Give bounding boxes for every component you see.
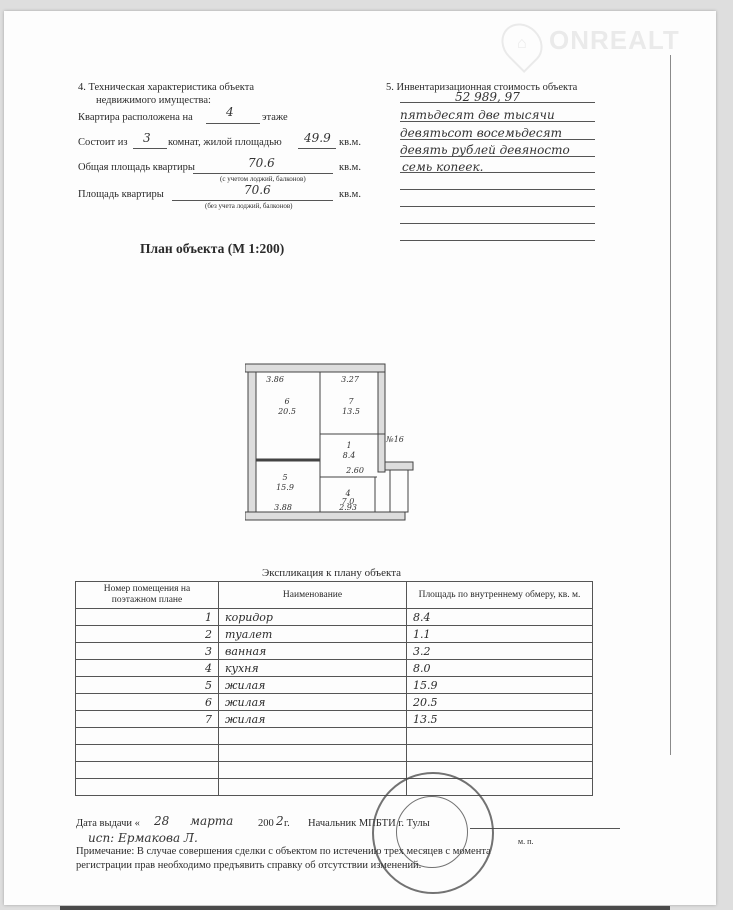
- watermark: ⌂ ONREALT: [503, 22, 680, 66]
- floor-label: Квартира расположена на: [78, 112, 193, 125]
- header-name: Наименование: [219, 582, 407, 609]
- room-area: 15.9: [407, 677, 593, 694]
- room-number: 5: [76, 677, 219, 694]
- room-number: 7: [76, 711, 219, 728]
- section4-heading-2: недвижимого имущества:: [96, 95, 211, 108]
- issue-date-label: Дата выдачи «: [76, 818, 140, 831]
- svg-text:8.4: 8.4: [343, 451, 356, 460]
- watermark-brand: ONREALT: [549, 25, 680, 56]
- seal-mark: м. п.: [518, 837, 533, 847]
- floor-plan: 3.863.27 620.5 713.5 18.4 515.9 47.0 3.8…: [245, 362, 415, 522]
- svg-text:6: 6: [284, 397, 289, 406]
- living-area-value: 49.9: [304, 131, 331, 145]
- table-row-empty: [76, 728, 593, 745]
- room-number: 1: [76, 609, 219, 626]
- header-area: Площадь по внутреннему обмеру, кв. м.: [407, 582, 593, 609]
- room-name: ванная: [219, 643, 407, 660]
- svg-text:3.88: 3.88: [274, 503, 292, 512]
- plan-title: План объекта (М 1:200): [140, 241, 284, 257]
- apartment-area-value: 70.6: [244, 183, 271, 197]
- explication-table: Номер помещения на поэтажном плане Наиме…: [75, 581, 593, 796]
- issue-date-day: 28: [154, 814, 169, 828]
- svg-text:5: 5: [282, 473, 287, 482]
- svg-text:2.60: 2.60: [345, 466, 364, 475]
- table-row: 7жилая13.5: [76, 711, 593, 728]
- room-name: коридор: [219, 609, 407, 626]
- svg-text:15.9: 15.9: [276, 483, 294, 492]
- table-row: 3ванная3.2: [76, 643, 593, 660]
- note-line-2: регистрации прав необходимо предъявить с…: [76, 860, 421, 873]
- table-row-empty: [76, 762, 593, 779]
- room-name: кухня: [219, 660, 407, 677]
- table-row-empty: [76, 779, 593, 796]
- section4-heading-1: 4. Техническая характеристика объекта: [78, 82, 254, 95]
- svg-text:2.93: 2.93: [338, 503, 357, 512]
- room-area: 1.1: [407, 626, 593, 643]
- svg-text:3.27: 3.27: [341, 375, 360, 384]
- table-row: 4кухня8.0: [76, 660, 593, 677]
- apartment-area-label: Площадь квартиры: [78, 189, 164, 202]
- official-seal: [372, 772, 494, 894]
- table-row: 6жилая20.5: [76, 694, 593, 711]
- page-edge: [670, 55, 671, 755]
- issue-year-prefix: 200: [258, 818, 274, 831]
- room-area: 13.5: [407, 711, 593, 728]
- watermark-sub: [549, 56, 680, 63]
- room-area: 8.4: [407, 609, 593, 626]
- floor-suffix: этаже: [262, 112, 288, 125]
- svg-text:13.5: 13.5: [342, 407, 360, 416]
- issue-year-digit: 2: [276, 814, 284, 828]
- total-area-label: Общая площадь квартиры: [78, 162, 195, 175]
- issue-year-suffix: г.: [284, 818, 290, 831]
- header-room-number: Номер помещения на поэтажном плане: [76, 582, 219, 609]
- svg-text:20.5: 20.5: [277, 407, 296, 416]
- svg-text:1: 1: [346, 441, 351, 450]
- room-number: 3: [76, 643, 219, 660]
- living-area-unit: кв.м.: [339, 137, 361, 150]
- room-area: 20.5: [407, 694, 593, 711]
- explication-title: Экспликация к плану объекта: [262, 567, 401, 580]
- room-name: жилая: [219, 677, 407, 694]
- room-area: 3.2: [407, 643, 593, 660]
- room-number: 4: [76, 660, 219, 677]
- svg-text:7: 7: [348, 397, 354, 406]
- svg-text:3.86: 3.86: [266, 375, 284, 384]
- issue-date-month: марта: [190, 814, 233, 828]
- room-name: туалет: [219, 626, 407, 643]
- table-row: 5жилая15.9: [76, 677, 593, 694]
- room-name: жилая: [219, 711, 407, 728]
- floor-value: 4: [226, 105, 234, 119]
- table-row: 2туалет1.1: [76, 626, 593, 643]
- apartment-area-note: (без учета лоджий, балконов): [205, 202, 292, 210]
- apartment-area-unit: кв.м.: [339, 189, 361, 202]
- total-area-value: 70.6: [248, 156, 275, 170]
- room-area: 8.0: [407, 660, 593, 677]
- room-number: 6: [76, 694, 219, 711]
- rooms-label: Состоит из: [78, 137, 127, 150]
- room-name: жилая: [219, 694, 407, 711]
- rooms-middle: комнат, жилой площадью: [168, 137, 282, 150]
- room-number: 2: [76, 626, 219, 643]
- table-row: 1коридор8.4: [76, 609, 593, 626]
- rooms-value: 3: [143, 131, 151, 145]
- executor: исп: Ермакова Л.: [88, 831, 198, 845]
- table-row-empty: [76, 745, 593, 762]
- svg-text:№16: №16: [385, 435, 404, 444]
- total-area-unit: кв.м.: [339, 162, 361, 175]
- page-bottom-edge: [60, 906, 670, 910]
